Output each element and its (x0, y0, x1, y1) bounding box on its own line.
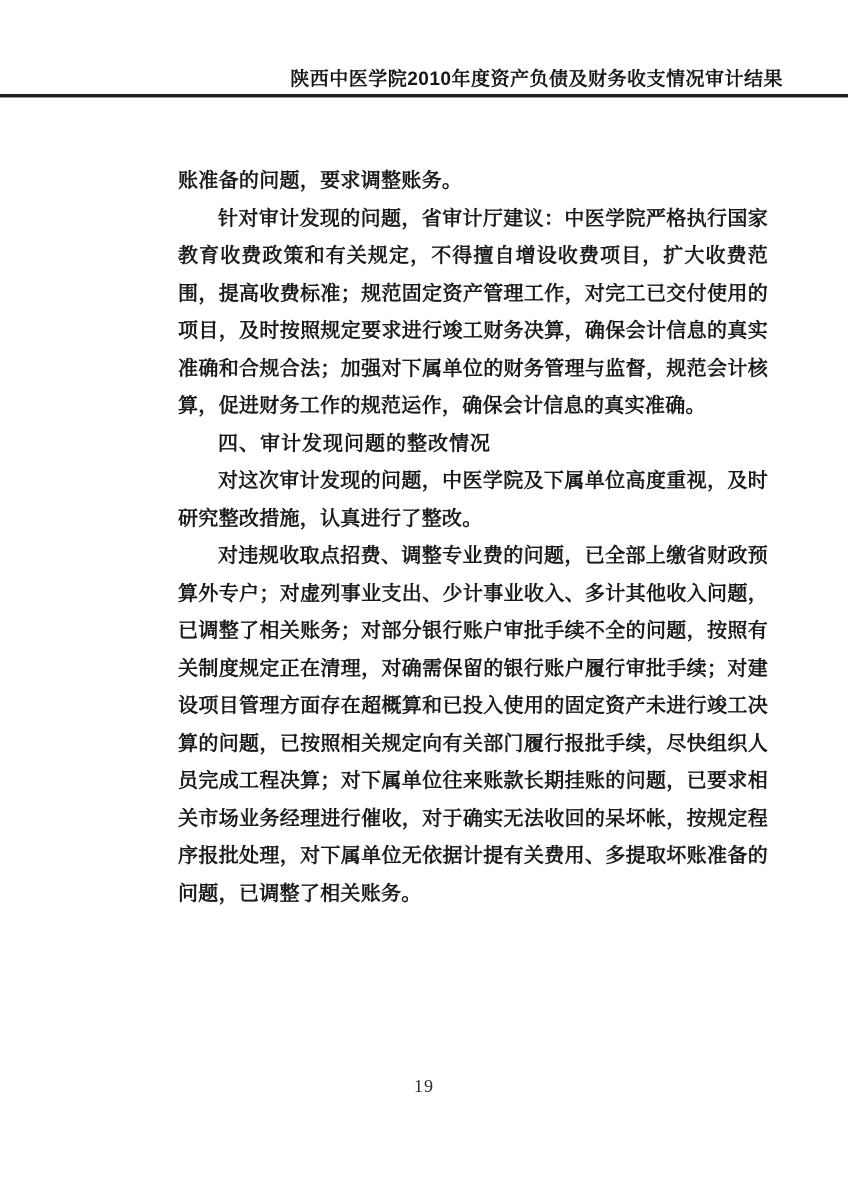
page-number: 19 (0, 1076, 848, 1097)
body-paragraph: 针对审计发现的问题，省审计厅建议：中医学院严格执行国家教育收费政策和有关规定，不… (178, 201, 768, 426)
page-header-title: 陕西中医学院2010年度资产负债及财务收支情况审计结果 (290, 64, 783, 91)
body-paragraph: 对违规收取点招费、调整专业费的问题，已全部上缴省财政预算外专户；对虚列事业支出、… (178, 538, 768, 913)
document-page: 陕西中医学院2010年度资产负债及财务收支情况审计结果 账准备的问题，要求调整账… (0, 0, 848, 1200)
section-heading: 四、审计发现问题的整改情况 (178, 426, 768, 464)
body-paragraph: 对这次审计发现的问题，中医学院及下属单位高度重视，及时研究整改措施，认真进行了整… (178, 463, 768, 538)
document-body: 账准备的问题，要求调整账务。针对审计发现的问题，省审计厅建议：中医学院严格执行国… (178, 163, 768, 913)
body-paragraph: 账准备的问题，要求调整账务。 (178, 163, 768, 201)
header-rule (0, 94, 848, 98)
